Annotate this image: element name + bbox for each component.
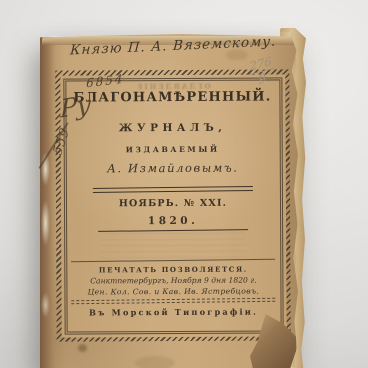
censor-name: Цен. Кол. Сов. и Кав. Ив. Ястребцовъ. [67, 286, 280, 296]
spine-edge [40, 34, 56, 368]
spine-wear-patch [41, 200, 50, 246]
book-photo: ОГЛАВЛЕНІЕ БЛАГОНАМѢРЕННЫЙ. ЖУРНАЛЪ, ИЗД… [38, 26, 306, 368]
censor-place-date: Санктпетербургъ, Ноября 9 дня 1820 г. [67, 275, 280, 285]
inner-rule-box: ОГЛАВЛЕНІЕ БЛАГОНАМѢРЕННЫЙ. ЖУРНАЛЪ, ИЗД… [63, 77, 283, 334]
edited-by-label: ИЗДАВАЕМЫЙ [66, 144, 279, 154]
journal-subtitle: ЖУРНАЛЪ, [66, 121, 279, 134]
photo-background: ОГЛАВЛЕНІЕ БЛАГОНАМѢРЕННЫЙ. ЖУРНАЛЪ, ИЗД… [0, 0, 368, 368]
stain [135, 356, 175, 368]
single-rule [98, 229, 248, 232]
thin-rule [71, 258, 275, 261]
owner-margin-mark: Ру [60, 89, 91, 123]
printer-imprint: Въ Морской Типографіи. [67, 306, 280, 317]
stain [78, 344, 87, 352]
censor-permission: ПЕЧАТАТЬ ПОЗВОЛЯЕТСЯ. [67, 264, 280, 274]
year-line: 1820. [67, 214, 280, 227]
dashed-rule [71, 297, 276, 303]
title-page-text: ОГЛАВЛЕНІЕ БЛАГОНАМѢРЕННЫЙ. ЖУРНАЛЪ, ИЗД… [66, 80, 280, 331]
frame-fill: ОГЛАВЛЕНІЕ БЛАГОНАМѢРЕННЫЙ. ЖУРНАЛЪ, ИЗД… [60, 74, 286, 337]
editor-name: А. Измайловымъ. [66, 160, 279, 175]
journal-title: БЛАГОНАМѢРЕННЫЙ. [66, 89, 279, 105]
double-rule [93, 186, 253, 192]
issue-line: НОЯБРЬ. № XXI. [66, 197, 279, 209]
spine-wear-patch [41, 292, 50, 318]
show-through-lines [101, 232, 246, 258]
